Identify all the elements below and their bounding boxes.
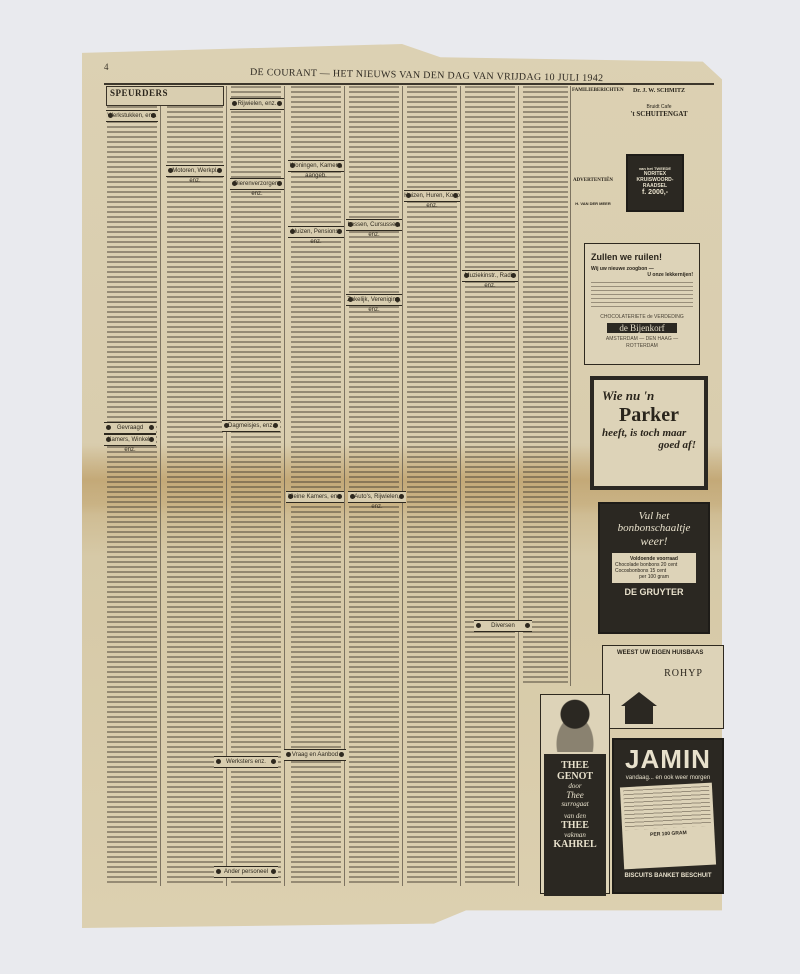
adverteerders-title: ADVERTENTIËN: [572, 178, 614, 183]
jamin-brand: JAMIN: [618, 744, 718, 775]
parker-line1: Wie nu 'n: [602, 388, 696, 404]
silhouette-illustration: [544, 698, 606, 752]
kahrel-line6: van den: [544, 812, 606, 820]
section-header: Auto's, Rijwielen, enz.: [348, 491, 406, 503]
kahrel-ad: THEE GENOT door Thee surrogaat van den T…: [540, 694, 610, 894]
parker-line2: heeft, is toch maar: [602, 427, 696, 439]
section-header: Werkstukken, enz.: [106, 110, 158, 122]
parker-brand: Parker: [602, 404, 696, 427]
kahrel-line5: surrogaat: [544, 800, 606, 808]
section-header: Diversen: [474, 620, 532, 632]
section-header: Werksters enz.: [214, 756, 278, 768]
speurders-box: SPEURDERS: [106, 86, 224, 106]
kahrel-line8: vakman: [544, 831, 606, 839]
masthead-rule: [104, 83, 714, 85]
degruyter-line3: weer!: [606, 534, 702, 549]
bijenkorf-cities: AMSTERDAM — DEN HAAG — ROTTERDAM: [591, 336, 693, 350]
section-header: Woningen, Kamers, aangeb.: [288, 160, 344, 172]
section-header: Kleine Kamers, enz.: [286, 491, 344, 503]
noritex-prize: f. 2000,-: [628, 189, 682, 196]
kahrel-panel: THEE GENOT door Thee surrogaat van den T…: [544, 754, 606, 896]
column-1: [104, 86, 161, 886]
schmitz-ad: Dr. J. W. SCHMITZ Bruidt Cafe 't SCHUITE…: [617, 88, 701, 152]
familieberichten-title: FAMILIEBERICHTEN: [572, 88, 614, 93]
noritex-ad: van het TWEEDE NORITEX KRUISWOORD- RAADS…: [626, 154, 684, 212]
section-header: Muziekinstr., Radio enz.: [462, 270, 518, 282]
section-header: Lessen, Cursussen, enz.: [346, 219, 402, 231]
section-header: Dagmeisjes, enz.: [222, 420, 280, 432]
bijenkorf-brand-pre: CHOCOLATERIETE de VERDEDING: [591, 314, 693, 321]
jamin-tagline: vandaag... en ook weer morgen: [618, 775, 718, 781]
section-header: Dierenverzorgen, enz.: [230, 178, 284, 190]
kahrel-line4: Thee: [544, 790, 606, 800]
bijenkorf-title: Zullen we ruilen!: [591, 252, 693, 262]
section-header: Zakelijk, Vereniging, enz.: [346, 294, 402, 306]
column-4: [288, 86, 345, 886]
section-header: Huizen, Pensions, enz.: [288, 226, 344, 238]
column-7: [462, 86, 519, 886]
jamin-price-list: PER 100 GRAM: [620, 783, 716, 870]
familieberichten-block: FAMILIEBERICHTEN: [572, 88, 614, 174]
jamin-price-lines: [623, 786, 711, 830]
kahrel-line2: GENOT: [544, 771, 606, 782]
parker-ad: Wie nu 'n Parker heeft, is toch maar goe…: [590, 376, 708, 490]
degruyter-box-unit: per 100 gram: [615, 574, 693, 580]
jamin-footer: BISCUITS BANKET BESCHUIT: [618, 873, 718, 879]
degruyter-line1: Vul het: [606, 510, 702, 522]
section-header: Ander personeel: [214, 866, 278, 878]
bijenkorf-body-text: [591, 282, 693, 308]
degruyter-line2: bonbonschaaltje: [606, 522, 702, 534]
house-illustration: [621, 692, 657, 706]
adverteerders-block: ADVERTENTIËN H. VAN DER MEER: [572, 178, 614, 224]
schmitz-name: 't SCHUITENGAT: [617, 110, 701, 118]
rohyp-ad: WEEST UW EIGEN HUISBAAS ROHYP: [602, 645, 724, 729]
degruyter-ad: Vul het bonbonschaaltje weer! Voldoende …: [598, 502, 710, 634]
schmitz-title: Dr. J. W. SCHMITZ: [617, 88, 701, 94]
jamin-unit: PER 100 GRAM: [625, 829, 711, 839]
bijenkorf-logo: de Bijenkorf: [607, 323, 677, 333]
section-header: Huizen, Huren, Koop enz.: [404, 190, 460, 202]
section-header: Kamers, Winkels enz.: [104, 434, 156, 446]
kahrel-line1: THEE: [544, 760, 606, 771]
house-body: [625, 706, 653, 724]
column-8: [520, 86, 571, 686]
parker-line3: goed af!: [602, 439, 696, 451]
section-header: Motoren, Werkpl. enz.: [166, 165, 224, 177]
section-header: Rijwielen, enz.: [230, 98, 284, 110]
degruyter-price-box: Voldoende voorraad Chocolade bonbons 20 …: [612, 553, 696, 583]
bijenkorf-line2: U onze lekkernijen!: [591, 272, 693, 278]
section-header: Vraag en Aanbod: [284, 749, 346, 761]
kahrel-brand: KAHREL: [544, 839, 606, 850]
kahrel-line7: THEE: [544, 820, 606, 831]
rohyp-brand: ROHYP: [617, 668, 703, 679]
bijenkorf-ad: Zullen we ruilen! Wij uw nieuwe zoogbon …: [584, 243, 700, 365]
rohyp-title: WEEST UW EIGEN HUISBAAS: [617, 650, 719, 656]
degruyter-brand: DE GRUYTER: [606, 587, 702, 597]
section-header: Gevraagd: [104, 422, 156, 434]
kahrel-line3: door: [544, 782, 606, 790]
jamin-ad: JAMIN vandaag... en ook weer morgen PER …: [612, 738, 724, 894]
page-number: 4: [104, 62, 109, 72]
adverteerders-line: H. VAN DER MEER: [572, 201, 614, 206]
column-5: [346, 86, 403, 886]
